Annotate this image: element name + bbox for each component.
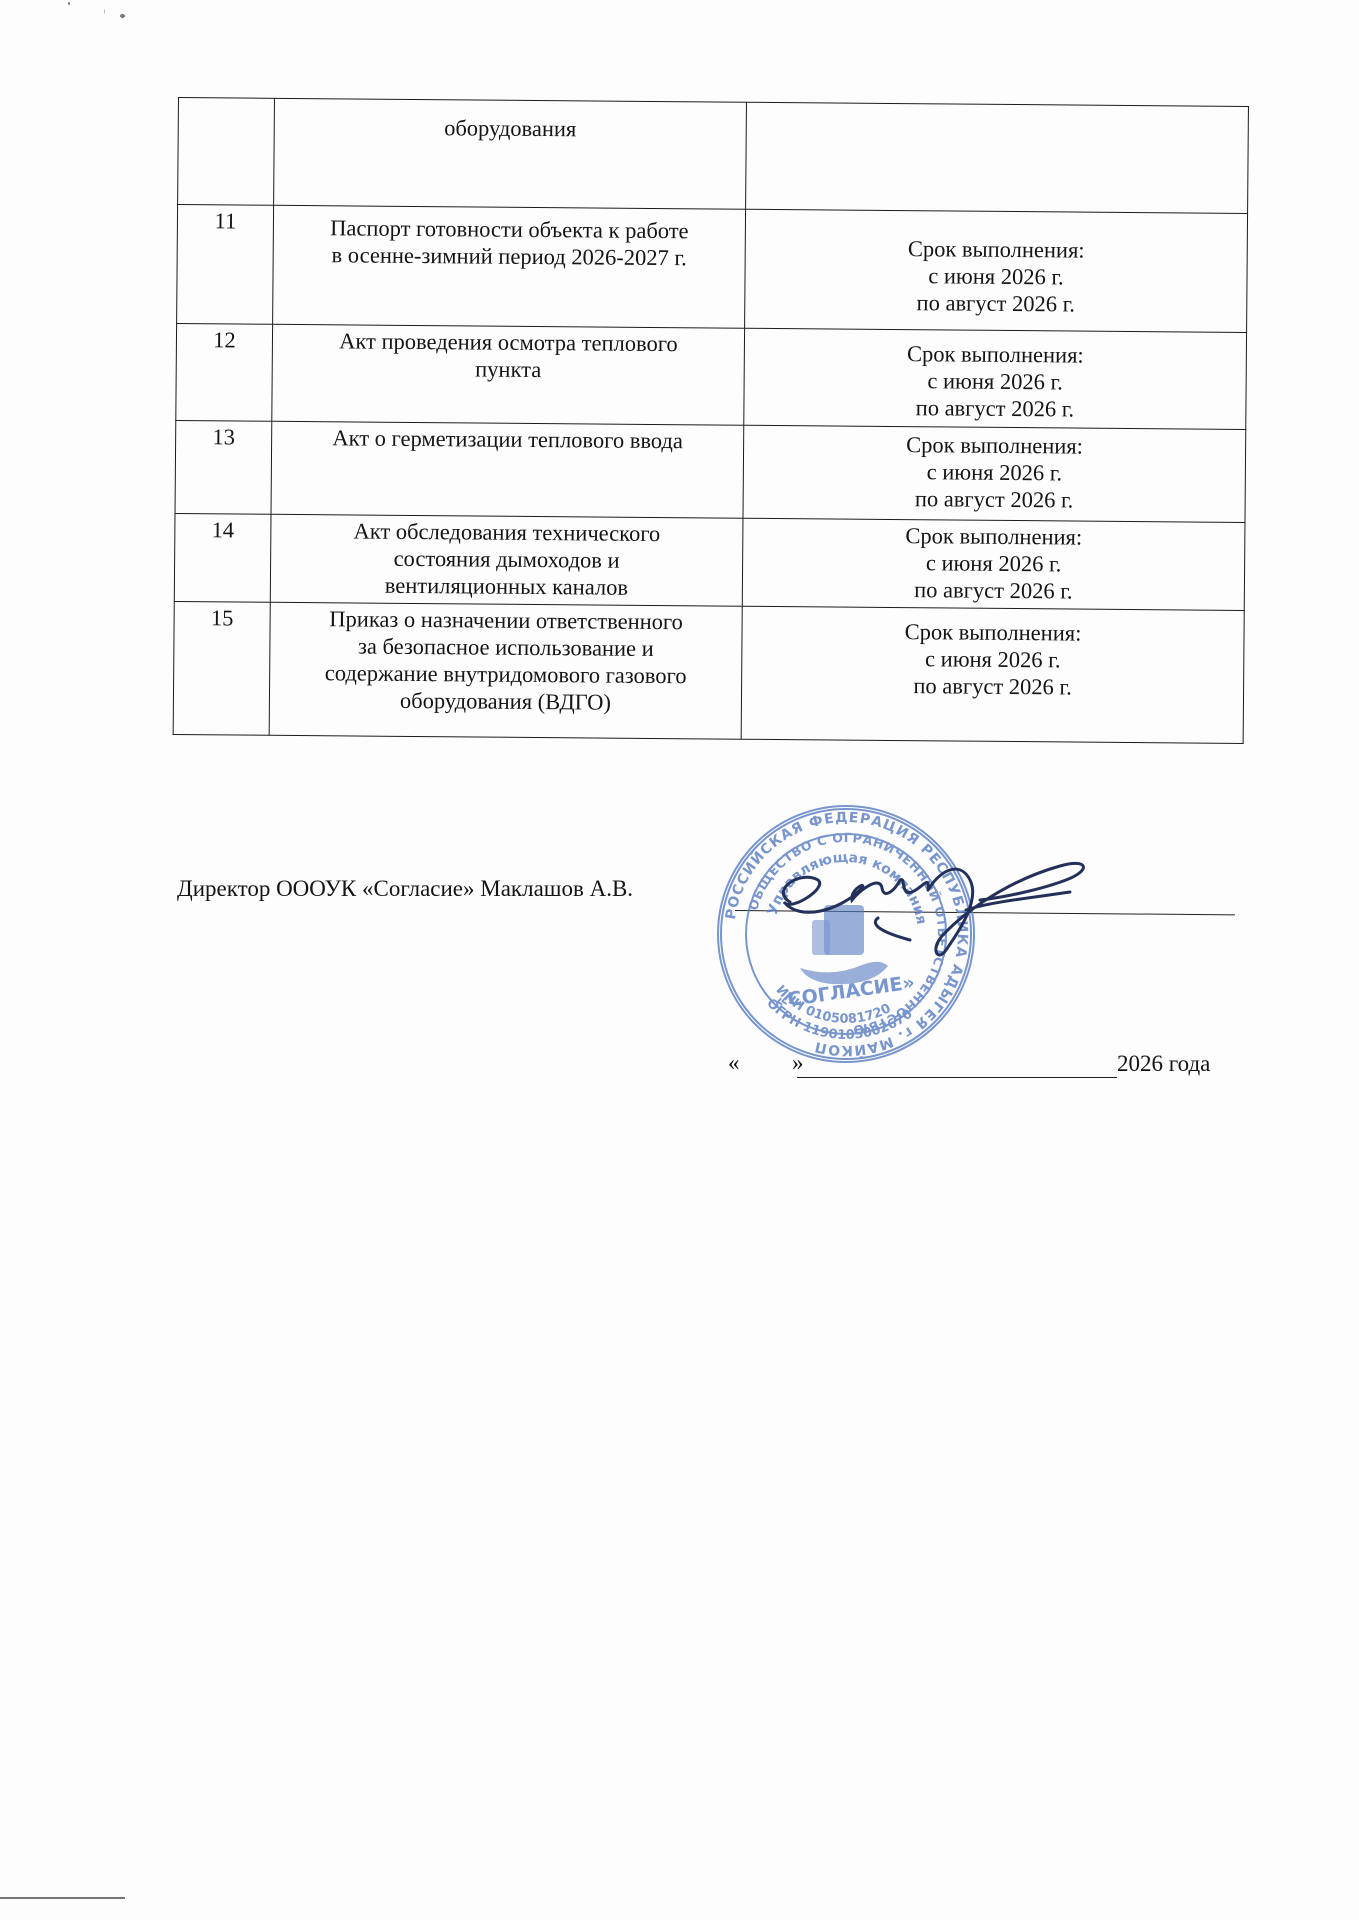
table-row: оборудования	[178, 98, 1249, 214]
description-line: Приказ о назначении ответственного	[277, 605, 736, 636]
description-line: Акт проведения осмотра теплового	[279, 327, 738, 358]
deadline-line: по август 2026 г.	[750, 393, 1239, 424]
deadline-cell: Срок выполнения:с июня 2026 г.по август …	[744, 328, 1247, 429]
document-description: Паспорт готовности объекта к работев осе…	[273, 205, 746, 328]
scan-edge-line	[0, 1897, 125, 1899]
description-line: оборудования	[281, 113, 740, 144]
row-number: 13	[175, 420, 272, 514]
description-line: содержание внутридомового газового	[276, 659, 735, 690]
description-line: Паспорт готовности объекта к работе	[280, 214, 739, 245]
document-description: Приказ о назначении ответственногоза без…	[269, 602, 742, 739]
description-line: в осенне-зимний период 2026-2027 г.	[280, 241, 739, 272]
deadline-line: Срок выполнения:	[752, 234, 1241, 265]
handwritten-signature-icon	[770, 840, 1100, 970]
deadline-cell: Срок выполнения:с июня 2026 г.по август …	[743, 425, 1246, 522]
row-number: 15	[173, 601, 270, 735]
description-line: оборудования (ВДГО)	[276, 686, 735, 717]
date-underline	[797, 1077, 1117, 1078]
deadline-line: с июня 2026 г.	[749, 548, 1238, 579]
deadline-cell: Срок выполнения:с июня 2026 г.по август …	[741, 606, 1244, 743]
table-row: 15Приказ о назначении ответственногоза б…	[173, 601, 1244, 743]
row-number	[178, 98, 275, 206]
document-page: оборудования11Паспорт готовности объекта…	[0, 0, 1359, 1920]
deadline-line: по август 2026 г.	[748, 671, 1237, 702]
description-line: Акт о герметизации теплового ввода	[278, 424, 737, 455]
description-line: состояния дымоходов и	[277, 544, 736, 575]
description-line: пункта	[279, 354, 738, 385]
deadline-line: с июня 2026 г.	[751, 366, 1240, 397]
row-number: 11	[177, 205, 274, 325]
deadline-cell: Срок выполнения:с июня 2026 г.по август …	[742, 518, 1245, 610]
documents-table-wrapper: оборудования11Паспорт готовности объекта…	[173, 97, 1248, 744]
deadline-line: Срок выполнения:	[750, 430, 1239, 461]
table-row: 14Акт обследования техническогосостояния…	[174, 513, 1245, 610]
deadline-line: Срок выполнения:	[751, 339, 1240, 370]
document-description: оборудования	[274, 98, 747, 209]
deadline-cell: Срок выполнения:с июня 2026 г.по август …	[745, 209, 1248, 332]
deadline-line: по август 2026 г.	[751, 288, 1240, 319]
scan-speck	[120, 14, 125, 18]
document-description: Акт о герметизации теплового ввода	[271, 421, 744, 518]
description-line: за безопасное использование и	[276, 632, 735, 663]
deadline-line: по август 2026 г.	[750, 484, 1239, 515]
signatory-line: Директор ОООУК «Согласие» Маклашов А.В.	[177, 876, 633, 902]
deadline-line: Срок выполнения:	[749, 521, 1238, 552]
scan-speck	[68, 2, 70, 5]
description-line: Акт обследования технического	[277, 517, 736, 548]
description-line: вентиляционных каналов	[277, 571, 736, 602]
deadline-cell	[746, 102, 1249, 213]
date-year: 2026 года	[1117, 1051, 1210, 1077]
deadline-line: по август 2026 г.	[749, 575, 1238, 606]
scan-speck	[104, 9, 105, 14]
row-number: 12	[176, 323, 273, 421]
deadline-line: с июня 2026 г.	[750, 457, 1239, 488]
document-description: Акт проведения осмотра тепловогопункта	[272, 324, 745, 425]
deadline-line: с июня 2026 г.	[751, 261, 1240, 292]
document-description: Акт обследования техническогосостояния д…	[270, 514, 743, 606]
deadline-line: с июня 2026 г.	[748, 644, 1237, 675]
table-row: 11Паспорт готовности объекта к работев о…	[177, 205, 1248, 333]
deadline-line: Срок выполнения:	[748, 617, 1237, 648]
table-row: 13Акт о герметизации теплового вводаСрок…	[175, 420, 1246, 522]
documents-table: оборудования11Паспорт готовности объекта…	[173, 97, 1249, 744]
row-number: 14	[174, 513, 271, 602]
table-row: 12Акт проведения осмотра тепловогопункта…	[176, 323, 1247, 429]
